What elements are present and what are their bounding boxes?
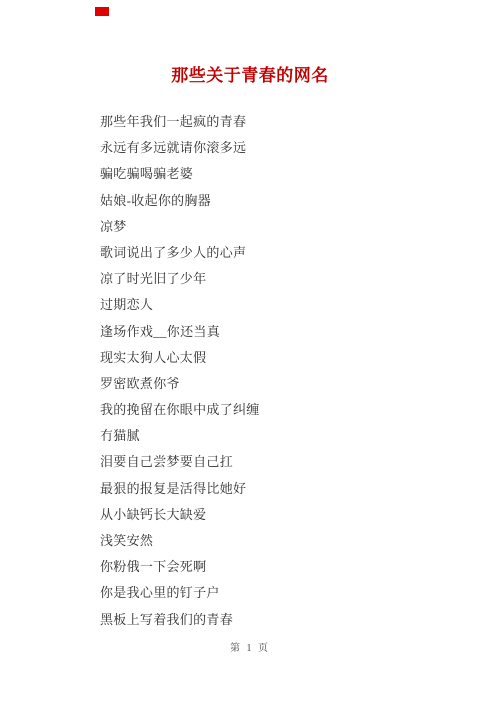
netname-line: 浅笑安然 [100, 528, 460, 554]
netname-line: 从小缺钙长大缺爱 [100, 502, 460, 528]
netname-line: 永远有多远就请你滚多远 [100, 135, 460, 161]
netname-line: 泪要自己尝梦要自己扛 [100, 449, 460, 475]
red-marker-shape [95, 7, 109, 16]
netname-line: 歌词说出了多少人的心声 [100, 240, 460, 266]
netname-line: 我的挽留在你眼中成了纠缠 [100, 397, 460, 423]
page-number-footer: 第 1 页 [0, 641, 500, 657]
document-page: 那些关于青春的网名 那些年我们一起疯的青春永远有多远就请你滚多远骗吃骗喝骗老婆姑… [0, 0, 500, 708]
page-title: 那些关于青春的网名 [0, 64, 500, 88]
netname-line: 你粉俄一下会死啊 [100, 554, 460, 580]
netname-line: 罗密欧煮你爷 [100, 371, 460, 397]
netname-line: 凉了时光旧了少年 [100, 266, 460, 292]
netname-list: 那些年我们一起疯的青春永远有多远就请你滚多远骗吃骗喝骗老婆姑娘-收起你的胸器凉梦… [100, 109, 460, 633]
netname-line: 逢场作戏__你还当真 [100, 319, 460, 345]
netname-line: 现实太狗人心太假 [100, 345, 460, 371]
netname-line: 凉梦 [100, 214, 460, 240]
netname-line: 冇猫腻 [100, 423, 460, 449]
netname-line: 姑娘-收起你的胸器 [100, 188, 460, 214]
netname-line: 那些年我们一起疯的青春 [100, 109, 460, 135]
netname-line: 最狠的报复是活得比她好 [100, 476, 460, 502]
netname-line: 你是我心里的钉子户 [100, 580, 460, 606]
netname-line: 黑板上写着我们的青春 [100, 607, 460, 633]
netname-line: 骗吃骗喝骗老婆 [100, 161, 460, 187]
netname-line: 过期恋人 [100, 292, 460, 318]
